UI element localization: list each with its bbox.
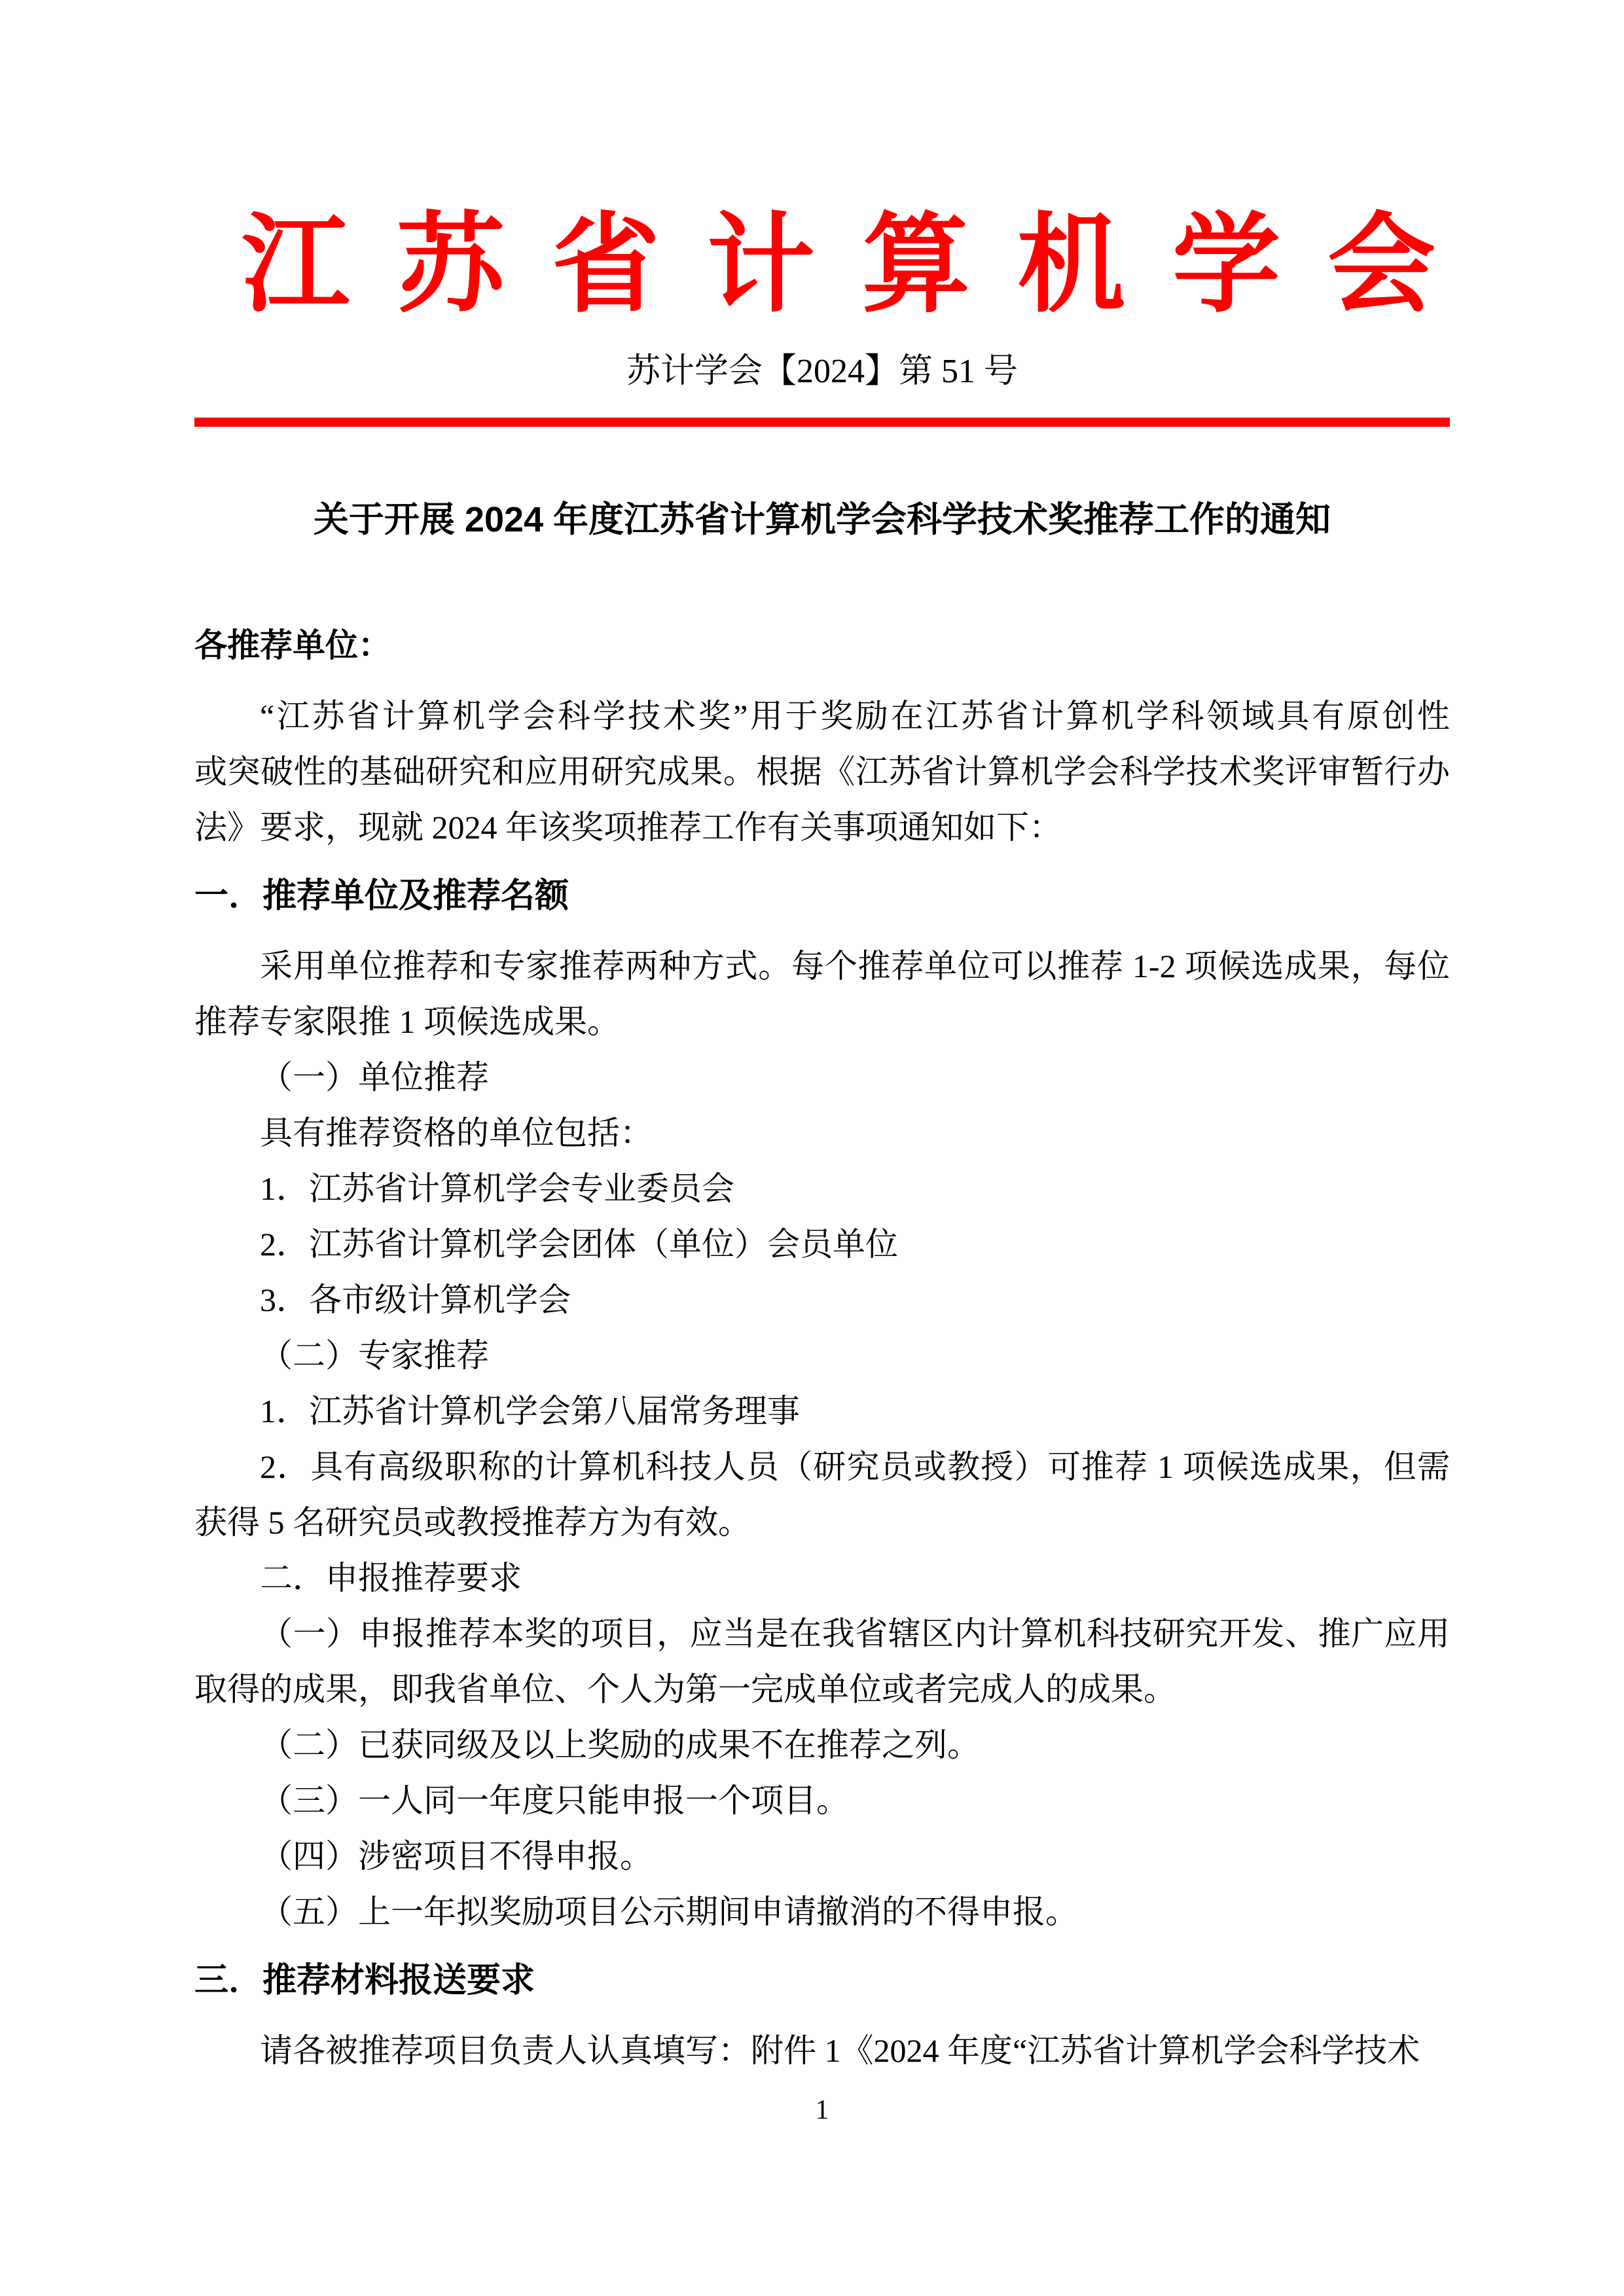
list-item: 1．江苏省计算机学会第八届常务理事 (194, 1384, 1450, 1439)
body-line: 取得的成果，即我省单位、个人为第一完成单位或者完成人的成果。 (194, 1662, 1450, 1717)
body-line: 或突破性的基础研究和应用研究成果。根据《江苏省计算机学会科学技术奖评审暂行办 (194, 744, 1450, 800)
list-item: 1．江苏省计算机学会专业委员会 (194, 1161, 1450, 1217)
page-title: 关于开展 2024 年度江苏省计算机学会科学技术奖推荐工作的通知 (194, 499, 1450, 541)
list-item: 2．具有高级职称的计算机科技人员（研究员或教授）可推荐 1 项候选成果，但需 (194, 1439, 1450, 1495)
body-line: （五）上一年拟奖励项目公示期间申请撤消的不得申报。 (194, 1884, 1450, 1940)
body-line: 具有推荐资格的单位包括： (194, 1105, 1450, 1161)
body-line: 获得 5 名研究员或教授推荐方为有效。 (194, 1495, 1450, 1551)
body-line: （三）一人同一年度只能申报一个项目。 (194, 1773, 1450, 1829)
body-line: 请各被推荐项目负责人认真填写：附件 1《2024 年度“江苏省计算机学会科学技术 (194, 2023, 1450, 2079)
body-line: （二）专家推荐 (194, 1328, 1450, 1384)
red-divider (194, 418, 1450, 427)
list-item: 2．江苏省计算机学会团体（单位）会员单位 (194, 1217, 1450, 1272)
document-body: “江苏省计算机学会科学技术奖”用于奖励在江苏省计算机学科领域具有原创性 或突破性… (194, 689, 1450, 2079)
body-line: 推荐专家限推 1 项候选成果。 (194, 994, 1450, 1050)
body-line: “江苏省计算机学会科学技术奖”用于奖励在江苏省计算机学科领域具有原创性 (194, 689, 1450, 744)
page-number: 1 (194, 2095, 1450, 2125)
body-line: （一）申报推荐本奖的项目，应当是在我省辖区内计算机科技研究开发、推广应用 (194, 1606, 1450, 1662)
body-line: （一）单位推荐 (194, 1050, 1450, 1105)
section-heading-3: 三．推荐材料报送要求 (194, 1953, 1450, 2009)
body-line: 法》要求，现就 2024 年该奖项推荐工作有关事项通知如下： (194, 800, 1450, 855)
section-heading-2: 二．申报推荐要求 (194, 1551, 1450, 1606)
org-title: 江苏省计算机学会 (194, 208, 1450, 323)
list-item: 3．各市级计算机学会 (194, 1272, 1450, 1328)
body-line: 采用单位推荐和专家推荐两种方式。每个推荐单位可以推荐 1-2 项候选成果，每位 (194, 939, 1450, 994)
salutation: 各推荐单位： (194, 626, 1450, 665)
doc-number: 苏计学会【2024】第 51 号 (194, 352, 1450, 391)
section-heading-1: 一．推荐单位及推荐名额 (194, 869, 1450, 924)
document-page: 江苏省计算机学会 苏计学会【2024】第 51 号 关于开展 2024 年度江苏… (0, 0, 1624, 2296)
body-line: （二）已获同级及以上奖励的成果不在推荐之列。 (194, 1717, 1450, 1773)
body-line: （四）涉密项目不得申报。 (194, 1829, 1450, 1884)
